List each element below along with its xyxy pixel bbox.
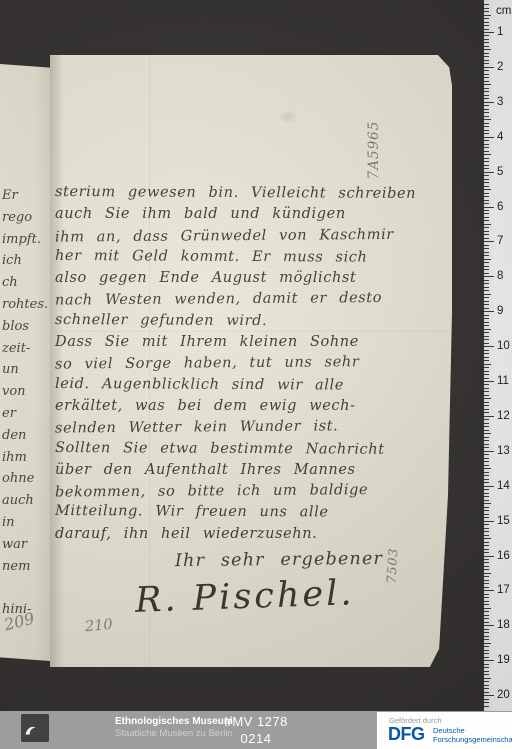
ruler-tick xyxy=(484,632,489,633)
ruler-number: 8 xyxy=(497,270,503,282)
ruler-tick xyxy=(484,482,489,483)
left-page-fragment: in xyxy=(0,511,50,533)
ruler-tick xyxy=(484,395,489,396)
ruler-tick xyxy=(484,664,489,665)
ruler-tick xyxy=(484,521,494,522)
ruler-number: 15 xyxy=(497,515,510,527)
dfg-name-line2: Forschungsgemeinschaft xyxy=(433,735,512,744)
ruler-tick xyxy=(484,388,489,389)
ruler-tick xyxy=(484,583,489,584)
ruler-tick xyxy=(484,255,489,256)
ruler-number: 17 xyxy=(497,584,510,596)
ruler-tick xyxy=(484,46,489,47)
ruler-tick xyxy=(484,601,489,602)
ruler-tick xyxy=(484,611,489,612)
ruler-tick xyxy=(484,280,489,281)
ruler-tick xyxy=(484,311,494,312)
ruler-tick xyxy=(484,213,489,214)
ruler-tick xyxy=(484,371,489,372)
left-page-fragment: ihm xyxy=(0,446,50,468)
ruler-tick xyxy=(484,426,489,427)
ruler-tick xyxy=(484,8,489,9)
left-page-fragment: blos xyxy=(0,315,50,337)
ruler-number: 13 xyxy=(497,445,510,457)
left-page-fragment: zeit- xyxy=(0,337,50,359)
ruler-tick xyxy=(484,158,489,159)
ruler-tick xyxy=(484,15,491,16)
ruler-tick xyxy=(484,381,494,382)
dfg-name-line1: Deutsche xyxy=(433,726,512,735)
ruler-tick xyxy=(484,151,489,152)
ruler-tick xyxy=(484,604,489,605)
ruler-tick xyxy=(484,549,489,550)
ruler-number: 18 xyxy=(497,619,510,631)
ruler-tick xyxy=(484,336,489,337)
left-page-fragment: ohne xyxy=(0,467,50,489)
ruler-tick xyxy=(484,542,489,543)
ruler-tick xyxy=(484,444,489,445)
ruler-tick xyxy=(484,297,489,298)
ruler-tick xyxy=(484,56,489,57)
ruler-tick xyxy=(484,412,489,413)
ruler-unit-label: cm xyxy=(496,5,511,17)
ruler-tick xyxy=(484,608,491,609)
ruler-tick xyxy=(484,234,489,235)
ruler-tick xyxy=(484,133,489,134)
ruler-tick xyxy=(484,339,489,340)
letter-line: Mitteilung. Wir freuen uns alle xyxy=(55,501,449,524)
ruler-tick xyxy=(484,629,489,630)
ruler-tick xyxy=(484,517,489,518)
ruler-tick xyxy=(484,353,489,354)
ruler-tick xyxy=(484,671,489,672)
ruler-tick xyxy=(484,667,489,668)
ruler-number: 16 xyxy=(497,550,510,562)
ruler-tick xyxy=(484,458,489,459)
ruler-tick xyxy=(484,479,489,480)
ruler-tick xyxy=(484,154,491,155)
ruler-tick xyxy=(484,63,489,64)
ruler-tick xyxy=(484,692,489,693)
ruler-tick xyxy=(484,294,491,295)
ruler-tick xyxy=(484,510,489,511)
ruler-tick xyxy=(484,350,489,351)
ruler-tick xyxy=(484,489,489,490)
ruler-tick xyxy=(484,597,489,598)
ruler-tick xyxy=(484,384,489,385)
ruler-tick xyxy=(484,231,489,232)
paper-stain xyxy=(275,107,301,126)
ruler-tick xyxy=(484,332,489,333)
ruler-tick xyxy=(484,262,489,263)
letter-line: erkältet, was bei dem ewig wech- xyxy=(55,396,449,417)
ruler-tick xyxy=(484,618,489,619)
dfg-funding-box: Gefördert durch DFG Deutsche Forschungsg… xyxy=(377,712,512,749)
ruler-tick xyxy=(484,98,489,99)
ruler-tick xyxy=(484,486,494,487)
ruler-tick xyxy=(484,273,489,274)
letter-line: also gegen Ende August möglichst xyxy=(55,268,449,289)
ruler-tick xyxy=(484,573,491,574)
ruler-tick xyxy=(484,447,489,448)
ruler-tick xyxy=(484,681,489,682)
ruler-tick xyxy=(484,168,489,169)
ruler-tick xyxy=(484,702,489,703)
letter-line: Sollten Sie etwa bestimmte Nachricht xyxy=(55,438,449,461)
ruler-number: 14 xyxy=(497,480,510,492)
ruler-tick xyxy=(484,248,489,249)
ruler-tick xyxy=(484,130,489,131)
ruler-number: 6 xyxy=(497,201,503,213)
ruler-tick xyxy=(484,569,489,570)
ruler-tick xyxy=(484,70,489,71)
ruler-tick xyxy=(484,566,489,567)
ruler-tick xyxy=(484,241,494,242)
ruler-tick xyxy=(484,405,489,406)
letter-line: auch Sie ihm bald und kündigen xyxy=(55,204,449,225)
ruler-tick xyxy=(484,259,491,260)
left-page-fragment: ch xyxy=(0,271,50,293)
left-page-fragment: Er xyxy=(0,184,50,206)
ruler-tick xyxy=(484,53,489,54)
ruler-number: 1 xyxy=(497,26,503,38)
document-id-page: 0214 xyxy=(176,730,336,747)
ruler-tick xyxy=(484,468,491,469)
ruler-tick xyxy=(484,524,489,525)
ruler-tick xyxy=(484,472,489,473)
ruler-tick xyxy=(484,545,489,546)
ruler-tick xyxy=(484,186,489,187)
ruler-number: 20 xyxy=(497,689,510,701)
ruler-tick xyxy=(484,49,491,50)
left-page-fragment: ich xyxy=(0,249,50,271)
ruler-tick xyxy=(484,378,489,379)
pencil-page-number-right: 210 xyxy=(84,617,113,635)
ruler-tick xyxy=(484,590,494,591)
ruler-tick xyxy=(484,207,494,208)
ruler-tick xyxy=(484,137,494,138)
ruler: cm 1234567891011121314151617181920 xyxy=(484,0,512,711)
ruler-tick xyxy=(484,695,494,696)
ruler-tick xyxy=(484,287,489,288)
ruler-tick xyxy=(484,224,491,225)
ruler-tick xyxy=(484,364,491,365)
ruler-tick xyxy=(484,685,489,686)
ruler-number: 9 xyxy=(497,305,503,317)
ruler-tick xyxy=(484,123,489,124)
ruler-tick xyxy=(484,88,489,89)
ruler-tick xyxy=(484,562,489,563)
ruler-number: 3 xyxy=(497,96,503,108)
left-page-fragment: auch xyxy=(0,489,50,511)
ruler-tick xyxy=(484,688,489,689)
dfg-logo: DFG xyxy=(388,724,425,745)
ruler-tick xyxy=(484,552,489,553)
ruler-tick xyxy=(484,398,491,399)
ruler-tick xyxy=(484,269,489,270)
ruler-tick xyxy=(484,77,489,78)
letter-line: leid. Augenblicklich sind wir alle xyxy=(55,374,449,397)
ruler-tick xyxy=(484,528,489,529)
ruler-number: 7 xyxy=(497,235,503,247)
ruler-tick xyxy=(484,587,489,588)
ruler-tick xyxy=(484,440,489,441)
ruler-tick xyxy=(484,109,489,110)
ruler-tick xyxy=(484,367,489,368)
footer-bar: Ethnologisches Museum Staatliche Museen … xyxy=(0,711,512,749)
ruler-tick xyxy=(484,161,489,162)
left-page-fragment: nem xyxy=(0,555,50,577)
ruler-tick xyxy=(484,220,489,221)
ruler-tick xyxy=(484,419,489,420)
left-page-fragment: rohtes. xyxy=(0,293,50,315)
ruler-tick xyxy=(484,576,489,577)
ruler-tick xyxy=(484,227,489,228)
ruler-tick xyxy=(484,639,489,640)
signature: R. Pischel. xyxy=(134,573,355,621)
letter-line: schneller gefunden wird. xyxy=(55,310,449,333)
ruler-tick xyxy=(484,308,489,309)
ruler-tick xyxy=(484,95,489,96)
ruler-tick xyxy=(484,81,489,82)
left-page-fragment: rego xyxy=(0,206,50,228)
ruler-tick xyxy=(484,301,489,302)
letter-line: nach Westen wenden, damit er desto xyxy=(55,288,449,312)
left-page-edge: Erregoimpft.ichchrohtes.bloszeit-unvoner… xyxy=(0,64,50,661)
ruler-tick xyxy=(484,433,491,434)
ruler-tick xyxy=(484,210,489,211)
letter-line: selnden Wetter kein Wunder ist. xyxy=(55,416,449,440)
ruler-tick xyxy=(484,144,489,145)
ruler-tick xyxy=(484,343,489,344)
ruler-tick xyxy=(484,660,494,661)
ruler-tick xyxy=(484,514,489,515)
ruler-tick xyxy=(484,556,494,557)
ruler-number: 2 xyxy=(497,61,503,73)
ruler-tick xyxy=(484,500,489,501)
ruler-tick xyxy=(484,674,489,675)
ruler-tick xyxy=(484,39,489,40)
ruler-tick xyxy=(484,165,489,166)
dfg-name: Deutsche Forschungsgemeinschaft xyxy=(433,726,512,744)
ruler-tick xyxy=(484,346,494,347)
letter-line: über den Aufenthalt Ihres Mannes xyxy=(55,460,449,481)
ruler-tick xyxy=(484,172,494,173)
ruler-tick xyxy=(484,276,494,277)
ruler-tick xyxy=(484,112,489,113)
ruler-tick xyxy=(484,678,491,679)
ruler-tick xyxy=(484,643,491,644)
ruler-tick xyxy=(484,423,489,424)
ruler-tick xyxy=(484,304,489,305)
ruler-tick xyxy=(484,402,489,403)
ruler-tick xyxy=(484,84,491,85)
ruler-tick xyxy=(484,650,489,651)
ruler-tick xyxy=(484,196,489,197)
ruler-tick xyxy=(484,119,491,120)
ruler-tick xyxy=(484,409,489,410)
ruler-tick xyxy=(484,179,489,180)
ruler-tick xyxy=(484,437,489,438)
ruler-tick xyxy=(484,465,489,466)
left-page-fragment: war xyxy=(0,533,50,555)
ruler-tick xyxy=(484,315,489,316)
ruler-tick xyxy=(484,507,489,508)
ruler-tick xyxy=(484,451,494,452)
ruler-tick xyxy=(484,147,489,148)
ruler-tick xyxy=(484,416,494,417)
ruler-number: 4 xyxy=(497,131,503,143)
museum-logo-icon xyxy=(21,714,49,742)
ruler-tick xyxy=(484,706,489,707)
ruler-tick xyxy=(484,266,489,267)
ruler-tick xyxy=(484,475,489,476)
left-page-fragment xyxy=(0,576,50,598)
ruler-tick xyxy=(484,67,494,68)
ruler-tick xyxy=(484,493,489,494)
letter-line: Dass Sie mit Ihrem kleinen Sohne xyxy=(55,332,449,353)
ruler-number: 12 xyxy=(497,410,510,422)
pencil-number-right-edge: 7503 xyxy=(383,535,401,596)
ruler-tick xyxy=(484,461,489,462)
ruler-tick xyxy=(484,290,489,291)
ruler-tick xyxy=(484,636,489,637)
ruler-tick xyxy=(484,140,489,141)
left-page-fragment: von xyxy=(0,380,50,402)
ruler-number: 10 xyxy=(497,340,510,352)
ruler-tick xyxy=(484,32,494,33)
ruler-tick xyxy=(484,360,489,361)
letter-line: her mit Geld kommt. Er muss sich xyxy=(55,246,449,269)
ruler-tick xyxy=(484,283,489,284)
ruler-tick xyxy=(484,594,489,595)
ruler-tick xyxy=(484,126,489,127)
ruler-tick xyxy=(484,503,491,504)
ruler-tick xyxy=(484,625,494,626)
ruler-tick xyxy=(484,657,489,658)
ruler-tick xyxy=(484,653,489,654)
letter-closing: Ihr sehr ergebener xyxy=(175,549,383,571)
ruler-number: 5 xyxy=(497,166,503,178)
letter-text: sterium gewesen bin. Vielleicht schreibe… xyxy=(55,183,449,545)
ruler-tick xyxy=(484,4,489,5)
ruler-tick xyxy=(484,391,489,392)
left-page-fragment: impft. xyxy=(0,228,50,250)
left-page-fragments: Erregoimpft.ichchrohtes.bloszeit-unvoner… xyxy=(0,64,50,620)
ruler-tick xyxy=(484,580,489,581)
ruler-tick xyxy=(484,11,489,12)
ruler-tick xyxy=(484,116,489,117)
ruler-tick xyxy=(484,357,489,358)
ruler-tick xyxy=(484,454,489,455)
ruler-tick xyxy=(484,60,489,61)
scan-viewport: Erregoimpft.ichchrohtes.bloszeit-unvoner… xyxy=(0,0,512,749)
ruler-tick xyxy=(484,42,489,43)
ruler-tick xyxy=(484,318,489,319)
ruler-tick xyxy=(484,102,494,103)
ruler-number: 11 xyxy=(497,375,509,387)
ruler-tick xyxy=(484,35,489,36)
ruler-tick xyxy=(484,531,489,532)
left-page-fragment: er xyxy=(0,402,50,424)
ruler-tick xyxy=(484,559,489,560)
ruler-tick xyxy=(484,238,489,239)
ruler-tick xyxy=(484,189,491,190)
ruler-tick xyxy=(484,374,489,375)
ruler-tick xyxy=(484,25,489,26)
letter-line: ihm an, dass Grünwedel von Kaschmir xyxy=(55,224,449,248)
ruler-tick xyxy=(484,322,489,323)
ruler-tick xyxy=(484,535,489,536)
document-id: I/MV 1278 0214 xyxy=(176,713,336,747)
ruler-tick xyxy=(484,200,489,201)
ruler-tick xyxy=(484,538,491,539)
ruler-number: 19 xyxy=(497,654,510,666)
ruler-tick xyxy=(484,252,489,253)
ruler-tick xyxy=(484,329,491,330)
ruler-tick xyxy=(484,182,489,183)
letter-line: sterium gewesen bin. Vielleicht schreibe… xyxy=(55,182,449,205)
ruler-tick xyxy=(484,496,489,497)
document-id-signature: I/MV 1278 xyxy=(176,713,336,730)
ruler-tick xyxy=(484,699,489,700)
ruler-tick xyxy=(484,245,489,246)
ruler-tick xyxy=(484,622,489,623)
ruler-tick xyxy=(484,193,489,194)
ruler-tick xyxy=(484,325,489,326)
ruler-tick xyxy=(484,22,489,23)
left-page-fragment: un xyxy=(0,358,50,380)
ruler-tick xyxy=(484,646,489,647)
ruler-tick xyxy=(484,29,489,30)
ruler-tick xyxy=(484,615,489,616)
left-page-fragment: den xyxy=(0,424,50,446)
ruler-tick xyxy=(484,203,489,204)
ruler-tick xyxy=(484,175,489,176)
ruler-tick xyxy=(484,430,489,431)
ruler-tick xyxy=(484,18,489,19)
ruler-tick xyxy=(484,217,489,218)
ruler-tick xyxy=(484,105,489,106)
ruler-tick xyxy=(484,91,489,92)
pencil-inventory-number: 7A5965 xyxy=(366,102,382,198)
ruler-tick xyxy=(484,74,489,75)
letter-line: so viel Sorge haben, tut uns sehr xyxy=(55,352,449,376)
